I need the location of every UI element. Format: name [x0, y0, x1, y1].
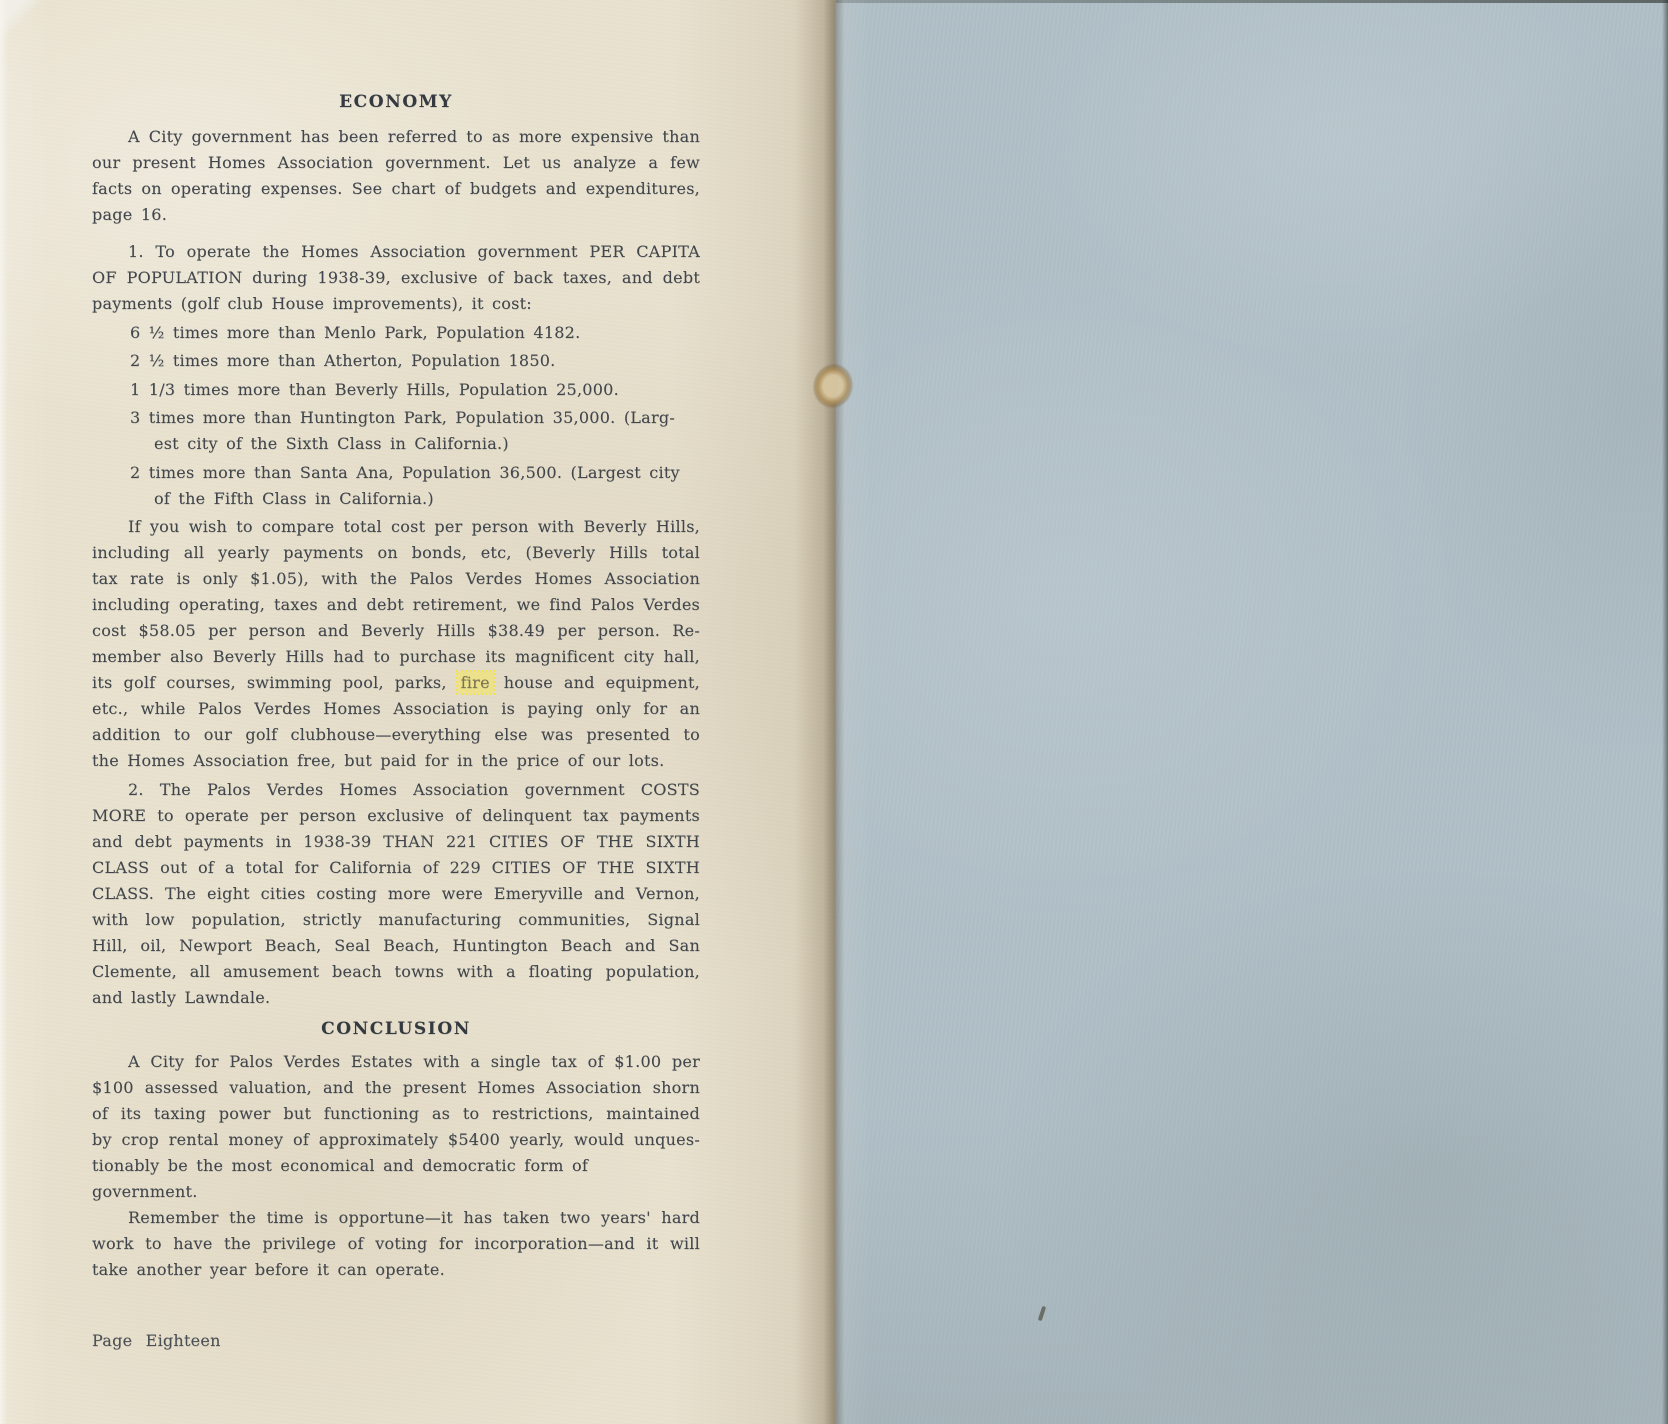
page-text-column: ECONOMY A City government has been refer…: [92, 90, 700, 1354]
text-line: including all yearly payments on bonds, …: [92, 540, 700, 566]
text-line: CLASS. The eight cities costing more wer…: [92, 881, 700, 907]
text-line: the Homes Association free, but paid for…: [92, 748, 700, 774]
text-line: tax rate is only $1.05), with the Palos …: [92, 566, 700, 592]
text-line: our present Homes Association government…: [92, 150, 700, 176]
paragraph-costs: 2. The Palos Verdes Homes Association go…: [92, 777, 700, 1011]
text-line: MORE to operate per person exclusive of …: [92, 803, 700, 829]
text-line: of its taxing power but functioning as t…: [92, 1101, 700, 1127]
text-line: cost $58.05 per person and Beverly Hills…: [92, 618, 700, 644]
text-line: Clemente, all amusement beach towns with…: [92, 959, 700, 985]
text-line: A City government has been referred to a…: [92, 124, 700, 150]
list-item: 3 times more than Huntington Park, Popul…: [92, 405, 700, 431]
text-line: addition to our golf clubhouse—everythin…: [92, 722, 700, 748]
paragraph-conclusion-1: A City for Palos Verdes Estates with a s…: [92, 1049, 700, 1205]
text-line: and debt payments in 1938-39 THAN 221 CI…: [92, 829, 700, 855]
text-line: A City for Palos Verdes Estates with a s…: [92, 1049, 700, 1075]
text-after-highlight: house and equipment,: [493, 673, 700, 692]
text-line: $100 assessed valuation, and the present…: [92, 1075, 700, 1101]
text-line: tionably be the most economical and demo…: [92, 1153, 700, 1205]
text-line: and lastly Lawndale.: [92, 985, 700, 1011]
list-item: 1 1/3 times more than Beverly Hills, Pop…: [92, 377, 700, 403]
text-line: work to have the privilege of voting for…: [92, 1231, 700, 1257]
list-item: 2 times more than Santa Ana, Population …: [92, 460, 700, 486]
text-line: Remember the time is opportune—it has ta…: [92, 1205, 700, 1231]
page-left-edge: [0, 0, 8, 1424]
list-item: 2 ½ times more than Atherton, Population…: [92, 348, 700, 374]
text-line: page 16.: [92, 202, 700, 228]
text-line: with low population, strictly manufactur…: [92, 907, 700, 933]
list-item-continuation: est city of the Sixth Class in Californi…: [92, 431, 700, 457]
text-line: by crop rental money of approximately $5…: [92, 1127, 700, 1153]
text-line: OF POPULATION during 1938-39, exclusive …: [92, 265, 700, 291]
text-line: including operating, taxes and debt reti…: [92, 592, 700, 618]
paragraph-operate: 1. To operate the Homes Association gove…: [92, 239, 700, 317]
paragraph-conclusion-2: Remember the time is opportune—it has ta…: [92, 1205, 700, 1283]
section-heading-economy: ECONOMY: [92, 90, 700, 114]
text-line: facts on operating expenses. See chart o…: [92, 176, 700, 202]
facing-page-blank: [836, 0, 1668, 1424]
text-line: take another year before it can operate.: [92, 1257, 700, 1283]
scanned-page-left: ECONOMY A City government has been refer…: [0, 0, 836, 1424]
paragraph-intro: A City government has been referred to a…: [92, 124, 700, 228]
text-line: If you wish to compare total cost per pe…: [92, 514, 700, 540]
text-line: payments (golf club House improvements),…: [92, 291, 700, 317]
page-top-edge-shadow: [836, 0, 1668, 3]
paragraph-compare: If you wish to compare total cost per pe…: [92, 514, 700, 774]
text-line: 2. The Palos Verdes Homes Association go…: [92, 777, 700, 803]
section-heading-conclusion: CONCLUSION: [92, 1017, 700, 1041]
comparison-list: 6 ½ times more than Menlo Park, Populati…: [92, 320, 700, 512]
page-number-label: Page Eighteen: [92, 1328, 700, 1354]
text-line: member also Beverly Hills had to purchas…: [92, 644, 700, 670]
text-line: etc., while Palos Verdes Homes Associati…: [92, 696, 700, 722]
text-line: Hill, oil, Newport Beach, Seal Beach, Hu…: [92, 933, 700, 959]
text-before-highlight: its golf courses, swimming pool, parks,: [92, 673, 458, 692]
text-line: 1. To operate the Homes Association gove…: [92, 239, 700, 265]
list-item: 6 ½ times more than Menlo Park, Populati…: [92, 320, 700, 346]
text-line-with-highlight: its golf courses, swimming pool, parks, …: [92, 670, 700, 696]
page-right-edge-shadow: [1662, 0, 1668, 1424]
list-item-continuation: of the Fifth Class in California.): [92, 486, 700, 512]
page-fold-gutter: [794, 0, 864, 1424]
search-highlight: fire: [458, 672, 493, 693]
text-line: CLASS out of a total for California of 2…: [92, 855, 700, 881]
